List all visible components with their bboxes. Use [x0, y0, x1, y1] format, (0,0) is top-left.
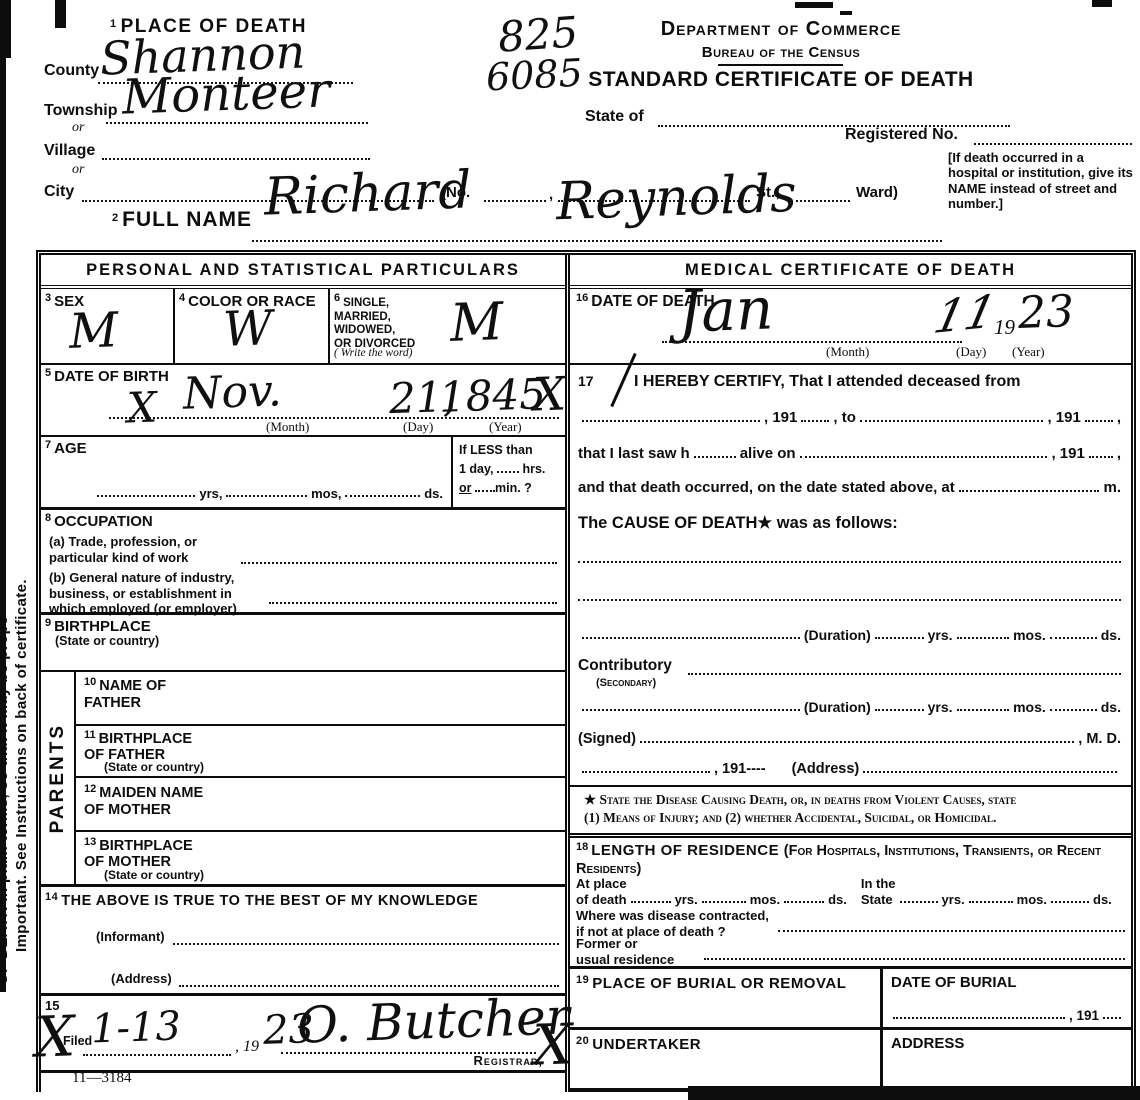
item-number-2: 2: [112, 212, 119, 224]
burial-place-cell: 19PLACE OF BURIAL OR REMOVAL: [570, 969, 880, 1027]
file-number-bottom: 6085: [485, 53, 584, 96]
sex-value: M: [68, 306, 119, 356]
filed-year-printed: , 19: [235, 1038, 259, 1056]
filed-date-value: 1-13: [90, 1006, 181, 1049]
father-birthplace-sub: (State or country): [104, 760, 204, 774]
signed-date-line: , 191---- (Address): [578, 761, 1121, 777]
signed-line: (Signed) , M. D.: [578, 731, 1121, 747]
death-occurred-line: and that death occurred, on the date sta…: [578, 479, 1121, 496]
contributory-label: Contributory: [578, 657, 672, 675]
medical-section-title: MEDICAL CERTIFICATE OF DEATH: [570, 255, 1131, 289]
father-birthplace-row: 11BIRTHPLACE OF FATHER (State or country…: [76, 726, 565, 778]
former-residence-label: Former or usual residence: [576, 936, 674, 967]
township-value: Monteer: [121, 66, 331, 121]
residence-duration-line: At place of death yrs. mos. ds. In the S…: [576, 876, 1125, 907]
hrs-line: [497, 468, 519, 473]
mother-name-row: 12MAIDEN NAME OF MOTHER: [76, 778, 565, 832]
contributory-line: [688, 673, 1121, 675]
state-of-label: State of: [585, 108, 644, 126]
township-label: Township: [44, 102, 117, 120]
bureau-underline: [718, 64, 843, 66]
birthplace-sub: (State or country): [55, 634, 159, 648]
cause-of-death-label: The CAUSE OF DEATH★ was as follows:: [578, 513, 898, 533]
residence-box: 18LENGTH OF RESIDENCE (For Hospitals, In…: [570, 838, 1131, 969]
dod-day-value: 11: [930, 288, 1000, 340]
disease-contracted-label: Where was disease contracted, if not at …: [576, 908, 769, 939]
sex-cell: 3SEX M: [41, 289, 175, 363]
ward-label: Ward): [856, 184, 898, 201]
age-yrs-line: [97, 492, 195, 497]
full-name-line: [252, 240, 942, 242]
ward-line: [796, 200, 850, 202]
date-of-death-box: 16DATE OF DEATH Jan 11 19 23 (Month) (Da…: [570, 289, 1131, 365]
department-heading: Department of Commerce: [581, 18, 981, 41]
form-number: 11—3184: [72, 1070, 131, 1087]
attended-from-line: , 191 , to , 191 ,: [578, 409, 1121, 426]
informant-address-label: (Address): [111, 971, 172, 986]
marital-sub: ( Write the word): [334, 347, 412, 359]
full-name-last: Reynolds: [555, 168, 797, 228]
dob-month-sub: (Month): [266, 419, 309, 435]
undertaker-row: 20UNDERTAKER ADDRESS: [570, 1030, 1131, 1092]
cause-line-1: [578, 561, 1121, 563]
dob-day-sub: (Day): [403, 419, 433, 435]
dob-x-mark-left: X: [126, 386, 157, 429]
min-line: [475, 487, 495, 492]
duration-line-1: (Duration) yrs. mos. ds.: [578, 627, 1121, 643]
occupation-a-line: [241, 562, 557, 564]
race-value: W: [222, 304, 273, 354]
street-no-line: [484, 200, 546, 202]
occupation-b-line: [269, 602, 557, 604]
hospital-note: [If death occurred in a hospital or inst…: [948, 150, 1134, 211]
cause-footnote: ★ State the Disease Causing Death, or, i…: [570, 787, 1131, 838]
registrar-label: Registrar,: [473, 1053, 543, 1068]
certify-box: 17 I HEREBY CERTIFY, That I attended dec…: [570, 365, 1131, 787]
undertaker-cell: 20UNDERTAKER: [570, 1030, 880, 1088]
medical-column: MEDICAL CERTIFICATE OF DEATH 16DATE OF D…: [570, 255, 1131, 1092]
filed-date-line: [83, 1054, 231, 1056]
bureau-heading: Bureau of the Census: [581, 44, 981, 61]
birthplace-box: 9BIRTHPLACE (State or country): [41, 615, 565, 672]
personal-column: PERSONAL AND STATISTICAL PARTICULARS 3SE…: [41, 255, 570, 1092]
cause-line-2: [578, 599, 1121, 601]
full-name-first: Richard: [263, 164, 472, 223]
father-name-row: 10NAME OF FATHER: [76, 672, 565, 726]
dod-line: [662, 341, 962, 343]
parents-vertical-label: PARENTS: [47, 723, 69, 833]
or-label-1: or: [72, 120, 84, 136]
city-label: City: [44, 183, 74, 201]
dod-year-value: 23: [1017, 290, 1075, 336]
last-saw-line: that I last saw h alive on , 191 ,: [578, 445, 1121, 462]
duration-line-2: (Duration) yrs. mos. ds.: [578, 699, 1121, 715]
filed-box: 15 X Filed 1-13 , 19 23 O. Butcher X Reg…: [41, 996, 565, 1073]
village-label: Village: [44, 142, 95, 160]
margin-note-outer: OF DEATH in plain terms, so that it may …: [0, 616, 11, 985]
dod-year-printed: 19: [994, 315, 1015, 340]
informant-address-line: [179, 985, 559, 987]
mother-birthplace-row: 13BIRTHPLACE OF MOTHER (State or country…: [76, 832, 565, 884]
age-units-line: yrs, mos, ds.: [93, 486, 443, 501]
street-no-comma: ,: [549, 186, 553, 203]
age-box: 7AGE yrs, mos, ds. If LESS than 1 day, h…: [41, 437, 565, 510]
dod-day-sub: (Day): [956, 344, 986, 360]
margin-note-inner: Important. See Instructions on back of c…: [13, 579, 30, 952]
age-ds-line: [345, 492, 420, 497]
item-number-1: 1: [110, 18, 118, 30]
undertaker-address-cell: ADDRESS: [880, 1030, 1131, 1088]
parents-group: PARENTS 10NAME OF FATHER 11BIRTHPLACE OF…: [41, 672, 565, 887]
registered-no-label: Registered No.: [845, 126, 958, 144]
full-name-heading: 2FULL NAME: [112, 208, 252, 232]
disease-contracted-line: [778, 930, 1125, 932]
county-label: County: [44, 62, 99, 80]
age-mos-line: [226, 492, 307, 497]
informant-line: [173, 943, 559, 945]
scan-edge-left-wedge: [0, 0, 11, 58]
village-line: [102, 158, 370, 160]
personal-section-title: PERSONAL AND STATISTICAL PARTICULARS: [41, 255, 565, 289]
parents-rail: PARENTS: [41, 672, 76, 884]
mother-birthplace-sub: (State or country): [104, 868, 204, 882]
registrar-signature: O. Butcher: [296, 991, 570, 1050]
marital-value: M: [449, 296, 504, 350]
dob-x-mark-right: X: [532, 370, 566, 417]
occupation-a-label: (a) Trade, profession, or particular kin…: [49, 534, 197, 567]
race-cell: 4COLOR OR RACE W: [175, 289, 330, 363]
dob-month-value: Nov.: [182, 369, 282, 416]
date-of-birth-box: 5DATE OF BIRTH X Nov. 21, 1845 X (Month)…: [41, 365, 565, 437]
dod-year-sub: (Year): [1012, 344, 1045, 360]
filed-label: Filed: [63, 1034, 92, 1048]
occupation-box: 8OCCUPATION (a) Trade, profession, or pa…: [41, 510, 565, 615]
registered-no-line: [974, 143, 1132, 145]
age-less-than-box: If LESS than 1 day, hrs. or min. ?: [451, 437, 565, 507]
certificate-body: PERSONAL AND STATISTICAL PARTICULARS 3SE…: [36, 250, 1136, 1092]
dob-year-value: 1845: [438, 373, 546, 419]
burial-row: 19PLACE OF BURIAL OR REMOVAL DATE OF BUR…: [570, 969, 1131, 1030]
secondary-label: (Secondary): [596, 677, 656, 689]
dod-month-sub: (Month): [826, 344, 869, 360]
burial-date-line: , 191: [889, 1008, 1125, 1023]
burial-date-cell: DATE OF BURIAL , 191: [880, 969, 1131, 1027]
sex-race-marital-row: 3SEX M 4COLOR OR RACE W 6SINGLE, MARRIED…: [41, 289, 565, 365]
occupation-b-label: (b) General nature of industry, business…: [49, 570, 237, 617]
marital-cell: 6SINGLE, MARRIED, WIDOWED, OR DIVORCED (…: [330, 289, 565, 363]
certificate-title: STANDARD CERTIFICATE OF DEATH: [576, 68, 986, 92]
dod-month-value: Jan: [677, 279, 774, 340]
former-residence-line: [704, 958, 1125, 960]
dob-year-sub: (Year): [489, 419, 522, 435]
top-section: 1PLACE OF DEATH County Shannon Township …: [36, 4, 1136, 248]
or-label-2: or: [72, 162, 84, 178]
informant-label: (Informant): [96, 929, 165, 944]
death-certificate-scan: { "margin": { "outer_note": "OF DEATH in…: [0, 0, 1140, 1100]
township-line: [106, 122, 368, 124]
informant-box: 14THE ABOVE IS TRUE TO THE BEST OF MY KN…: [41, 887, 565, 996]
certify-statement: I HEREBY CERTIFY, That I attended deceas…: [634, 373, 1020, 391]
